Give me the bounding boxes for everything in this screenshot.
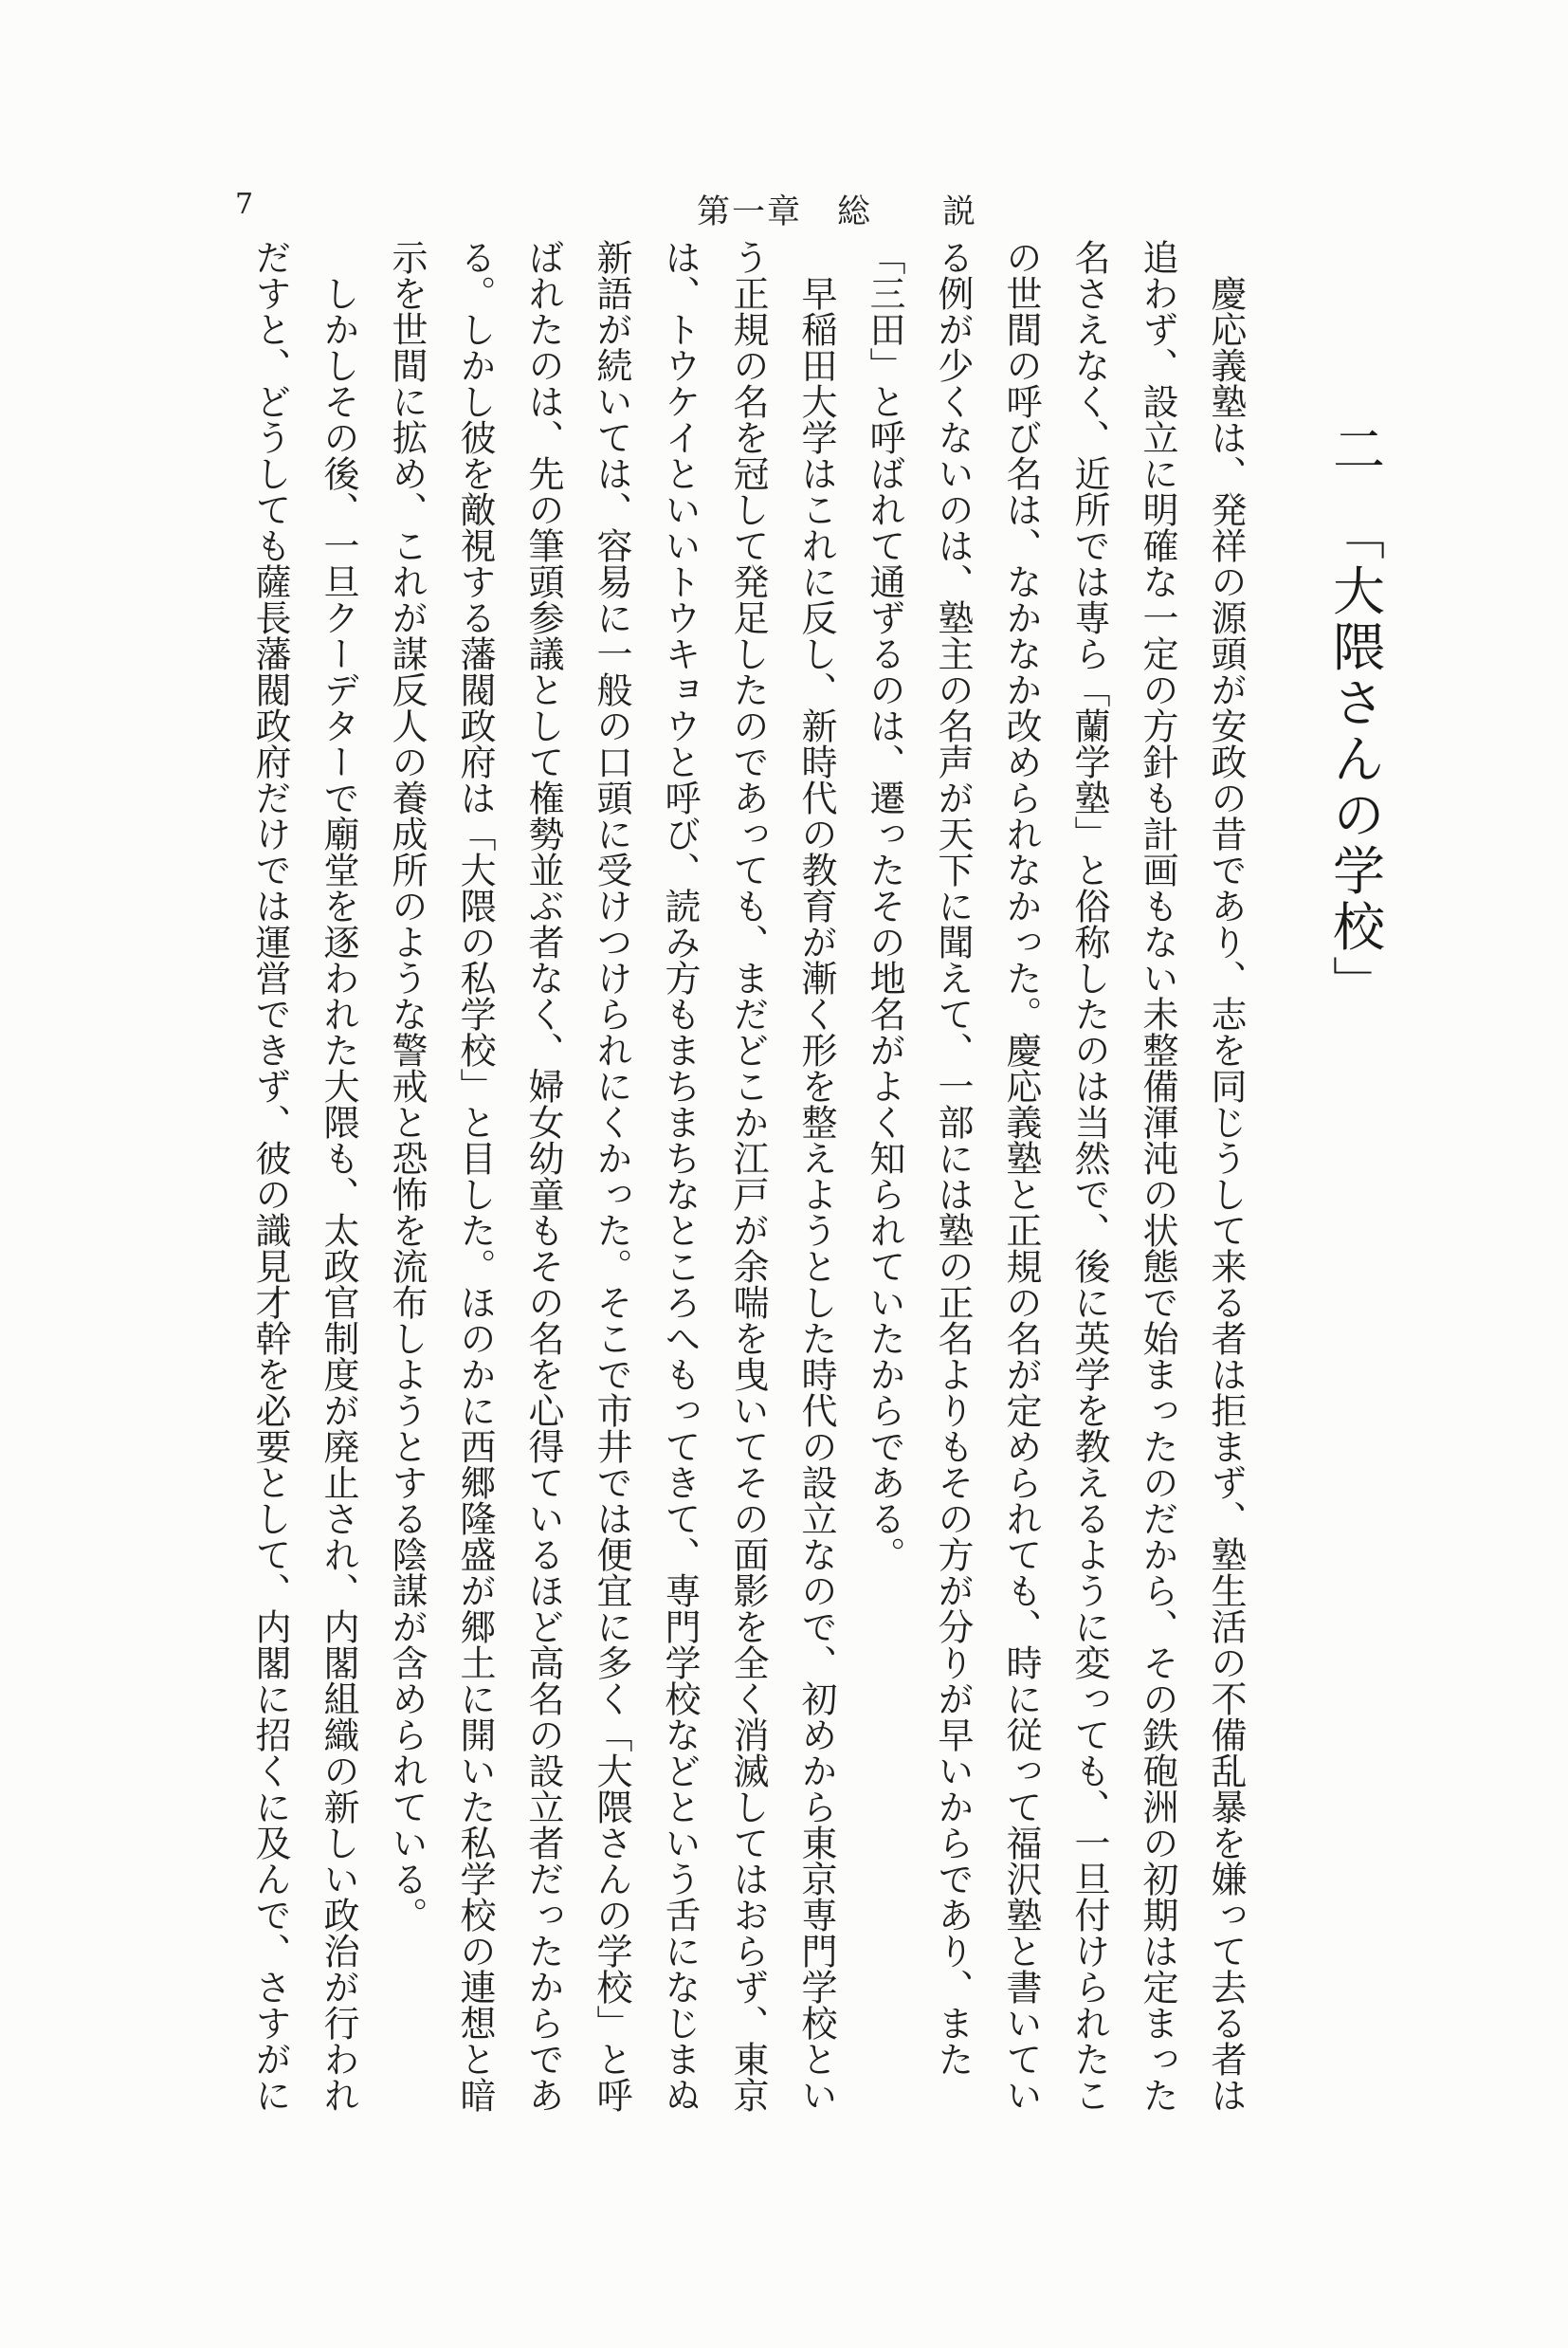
- text-column-8: う正規の名を冠して発足したのであっても、まだどこか江戸が余喘を曳いてその面影を全…: [730, 239, 766, 2164]
- text-column-5: る例が少くないのは、塾主の名声が天下に聞えて、一部には塾の正名よりもその方が分り…: [935, 239, 971, 2164]
- text-column-2: 追わず、設立に明確な一定の方針も計画もない未整備渾沌の状態で始まったのだから、そ…: [1140, 239, 1176, 2164]
- text-column-11: ばれたのは、先の筆頭参議として権勢並ぶ者なく、婦女幼童もその名を心得ているほど高…: [525, 239, 561, 2164]
- page-number: 7: [235, 188, 253, 221]
- book-page: 7 第一章 総 説 二 「大隈さんの学校」 慶応義塾は、発祥の源頭が安政の昔であ…: [0, 0, 1568, 2348]
- vertical-text-block: 二 「大隈さんの学校」 慶応義塾は、発祥の源頭が安政の昔であり、志を同じうして来…: [220, 239, 1382, 2164]
- text-column-3: 名さえなく、近所では専ら「蘭学塾」と俗称したのは当然で、後に英学を教えるように変…: [1071, 239, 1107, 2164]
- text-column-15: だすと、どうしても薩長藩閥政府だけでは運営できず、彼の識見才幹を必要として、内閣…: [252, 239, 288, 2164]
- text-column-7: 早稲田大学はこれに反し、新時代の教育が漸く形を整えようとした時代の設立なので、初…: [798, 239, 834, 2164]
- text-column-1: 慶応義塾は、発祥の源頭が安政の昔であり、志を同じうして来る者は拒まず、塾生活の不…: [1208, 239, 1244, 2164]
- running-header: 第一章 総 説: [697, 186, 977, 233]
- text-column-12: る。しかし彼を敵視する藩閥政府は「大隈の私学校」と目した。ほのかに西郷隆盛が郷土…: [457, 239, 493, 2164]
- text-column-9: は、トウケイといいトウキョウと呼び、読み方もまちまちなところへもってきて、専門学…: [662, 239, 698, 2164]
- section-title: 二 「大隈さんの学校」: [1327, 422, 1382, 2164]
- text-column-10: 新語が続いては、容易に一般の口頭に受けつけられにくかった。そこで市井では便宜に多…: [593, 239, 629, 2164]
- text-column-6: 「三田」と呼ばれて通ずるのは、遷ったその地名がよく知られていたからである。: [866, 239, 903, 2164]
- text-column-13: 示を世間に拡め、これが謀反人の養成所のような警戒と恐怖を流布しようとする陰謀が含…: [389, 239, 425, 2164]
- text-column-4: の世間の呼び名は、なかなか改められなかった。慶応義塾と正規の名が定められても、時…: [1003, 239, 1039, 2164]
- text-column-14: しかしその後、一旦クーデターで廟堂を逐われた大隈も、太政官制度が廃止され、内閣組…: [320, 239, 356, 2164]
